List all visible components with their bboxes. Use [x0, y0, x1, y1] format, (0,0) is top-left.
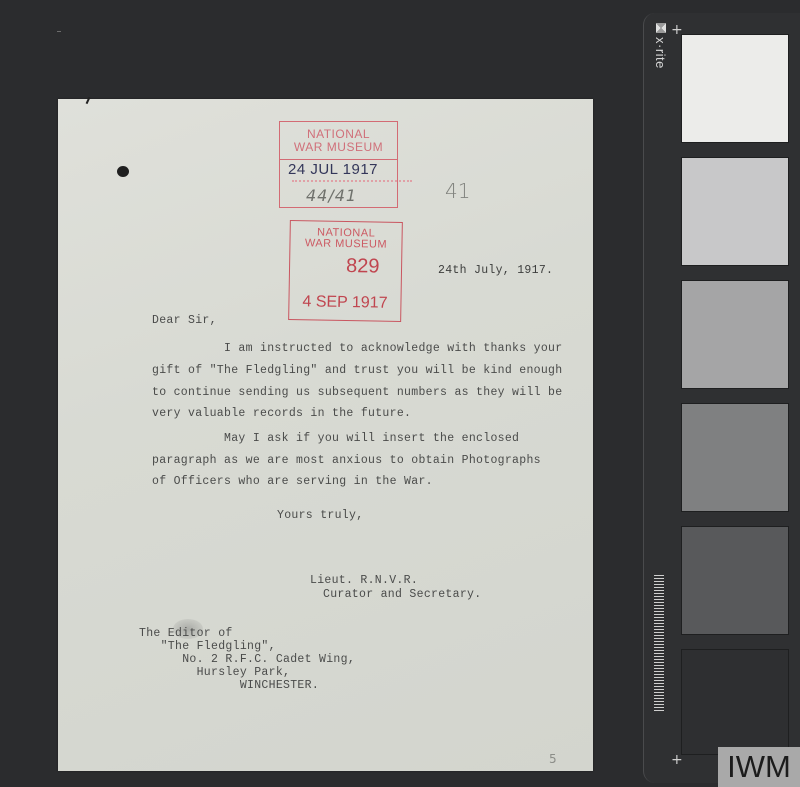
- received-stamp-date: 24 JUL 1917: [288, 161, 378, 178]
- stamp-line-2: WAR MUSEUM: [290, 238, 401, 251]
- registration-stamp: NATIONAL WAR MUSEUM 829 4 SEP 1917: [288, 220, 403, 322]
- registration-stamp-institution: NATIONAL WAR MUSEUM: [290, 227, 401, 251]
- received-stamp: NATIONAL WAR MUSEUM 24 JUL 1917 44/41: [279, 121, 398, 208]
- iwm-watermark: IWM: [718, 747, 800, 787]
- backdrop-speck: [57, 31, 61, 32]
- gray-swatch-1: [681, 34, 789, 143]
- address-line: No. 2 R.F.C. Cadet Wing,: [139, 653, 355, 666]
- crosshair-icon: +: [671, 753, 683, 767]
- letter-page: NATIONAL WAR MUSEUM 24 JUL 1917 44/41 41…: [58, 99, 593, 771]
- signature-rank: Lieut. R.N.V.R.: [310, 574, 418, 587]
- gray-swatch-4: [681, 403, 789, 512]
- address-line: Hursley Park,: [139, 666, 290, 679]
- stamp-line-2: WAR MUSEUM: [280, 141, 397, 154]
- registration-date: 4 SEP 1917: [302, 293, 387, 312]
- gray-swatch-6: [681, 649, 789, 755]
- pencil-reference: 44/41: [306, 186, 357, 205]
- closing: Yours truly,: [277, 509, 363, 522]
- body-line: paragraph as we are most anxious to obta…: [152, 454, 541, 467]
- pencil-tick-mark: [86, 97, 91, 104]
- body-line: of Officers who are serving in the War.: [152, 475, 433, 488]
- gray-swatch-5: [681, 526, 789, 635]
- color-checker-card: x·rite + +: [643, 13, 800, 783]
- body-line: very valuable records in the future.: [152, 407, 411, 420]
- pencil-annotation: 41: [445, 179, 470, 203]
- registration-number: 829: [346, 255, 380, 279]
- page-number: 5: [549, 752, 557, 766]
- address-line: "The Fledgling",: [139, 640, 276, 653]
- punch-hole: [117, 166, 129, 177]
- address-line: The Editor of: [139, 627, 233, 640]
- body-line: I am instructed to acknowledge with than…: [152, 342, 562, 355]
- body-line: May I ask if you will insert the enclose…: [152, 432, 519, 445]
- stamp-divider: [280, 159, 397, 160]
- salutation: Dear Sir,: [152, 314, 217, 327]
- body-line: gift of "The Fledgling" and trust you wi…: [152, 364, 562, 377]
- gray-swatch-2: [681, 157, 789, 266]
- checker-brand-label: x·rite: [653, 37, 668, 69]
- xrite-logo-icon: [656, 23, 666, 33]
- body-line: to continue sending us subsequent number…: [152, 386, 562, 399]
- letter-date: 24th July, 1917.: [438, 264, 553, 277]
- signature-title: Curator and Secretary.: [323, 588, 481, 601]
- measurement-ruler: [654, 575, 664, 713]
- gray-swatch-3: [681, 280, 789, 389]
- address-line: WINCHESTER.: [139, 679, 319, 692]
- received-stamp-institution: NATIONAL WAR MUSEUM: [280, 128, 397, 154]
